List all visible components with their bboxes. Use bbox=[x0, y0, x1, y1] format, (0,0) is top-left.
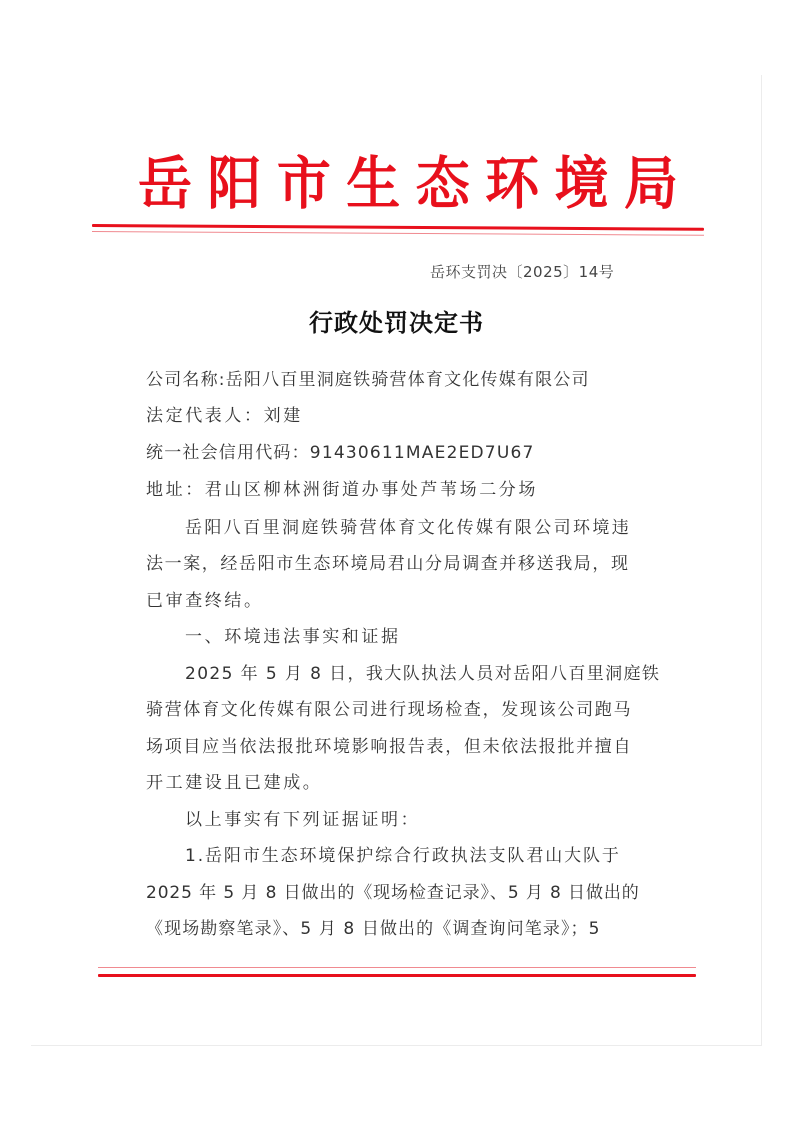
masthead-char: 局 bbox=[624, 148, 678, 217]
masthead-char: 环 bbox=[485, 148, 539, 217]
section-heading: 一、环境违法事实和证据 bbox=[185, 624, 725, 650]
facts-line: 开工建设且已建成。 bbox=[146, 770, 686, 796]
masthead-char: 态 bbox=[416, 148, 470, 217]
header-red-rule-thin bbox=[92, 231, 704, 236]
masthead-char: 境 bbox=[555, 148, 609, 217]
intro-line: 已审查终结。 bbox=[146, 588, 686, 614]
evidence-line: 1.岳阳市生态环境保护综合行政执法支队君山大队于 bbox=[185, 843, 725, 869]
scan-edge-bottom bbox=[31, 1045, 762, 1046]
footer-red-rule-thin bbox=[98, 967, 696, 968]
document-title: 行政处罚决定书 bbox=[0, 303, 793, 343]
intro-line: 法一案，经岳阳市生态环境局君山分局调查并移送我局，现 bbox=[146, 551, 686, 577]
facts-line: 场项目应当依法报批环境影响报告表，但未依法报批并擅自 bbox=[146, 734, 686, 760]
scan-edge-right bbox=[761, 75, 762, 1045]
evidence-line: 2025 年 5 月 8 日做出的《现场检查记录》、5 月 8 日做出的 bbox=[146, 880, 686, 906]
masthead-char: 市 bbox=[277, 148, 331, 217]
footer-red-rule-thick bbox=[98, 974, 696, 977]
masthead-char: 岳 bbox=[138, 148, 192, 217]
masthead-char: 生 bbox=[346, 148, 400, 217]
document-number: 岳环支罚决〔2025〕14号 bbox=[430, 260, 680, 284]
evidence-intro: 以上事实有下列证据证明： bbox=[185, 807, 725, 833]
issuer-masthead: 岳 阳 市 生 态 环 境 局 bbox=[138, 150, 678, 216]
masthead-char: 阳 bbox=[207, 148, 261, 217]
intro-line: 岳阳八百里洞庭铁骑营体育文化传媒有限公司环境违 bbox=[185, 515, 725, 541]
facts-line: 2025 年 5 月 8 日，我大队执法人员对岳阳八百里洞庭铁 bbox=[185, 661, 725, 687]
company-name-line: 公司名称:岳阳八百里洞庭铁骑营体育文化传媒有限公司 bbox=[146, 367, 686, 393]
evidence-line: 《现场勘察笔录》、5 月 8 日做出的《调查询问笔录》；5 bbox=[146, 916, 686, 942]
facts-line: 骑营体育文化传媒有限公司进行现场检查，发现该公司跑马 bbox=[146, 697, 686, 723]
header-red-rule-thick bbox=[92, 224, 704, 231]
legal-representative-line: 法定代表人：刘建 bbox=[146, 403, 686, 429]
address-line: 地址：君山区柳林洲街道办事处芦苇场二分场 bbox=[146, 477, 686, 503]
credit-code-line: 统一社会信用代码：91430611MAE2ED7U67 bbox=[146, 440, 686, 466]
